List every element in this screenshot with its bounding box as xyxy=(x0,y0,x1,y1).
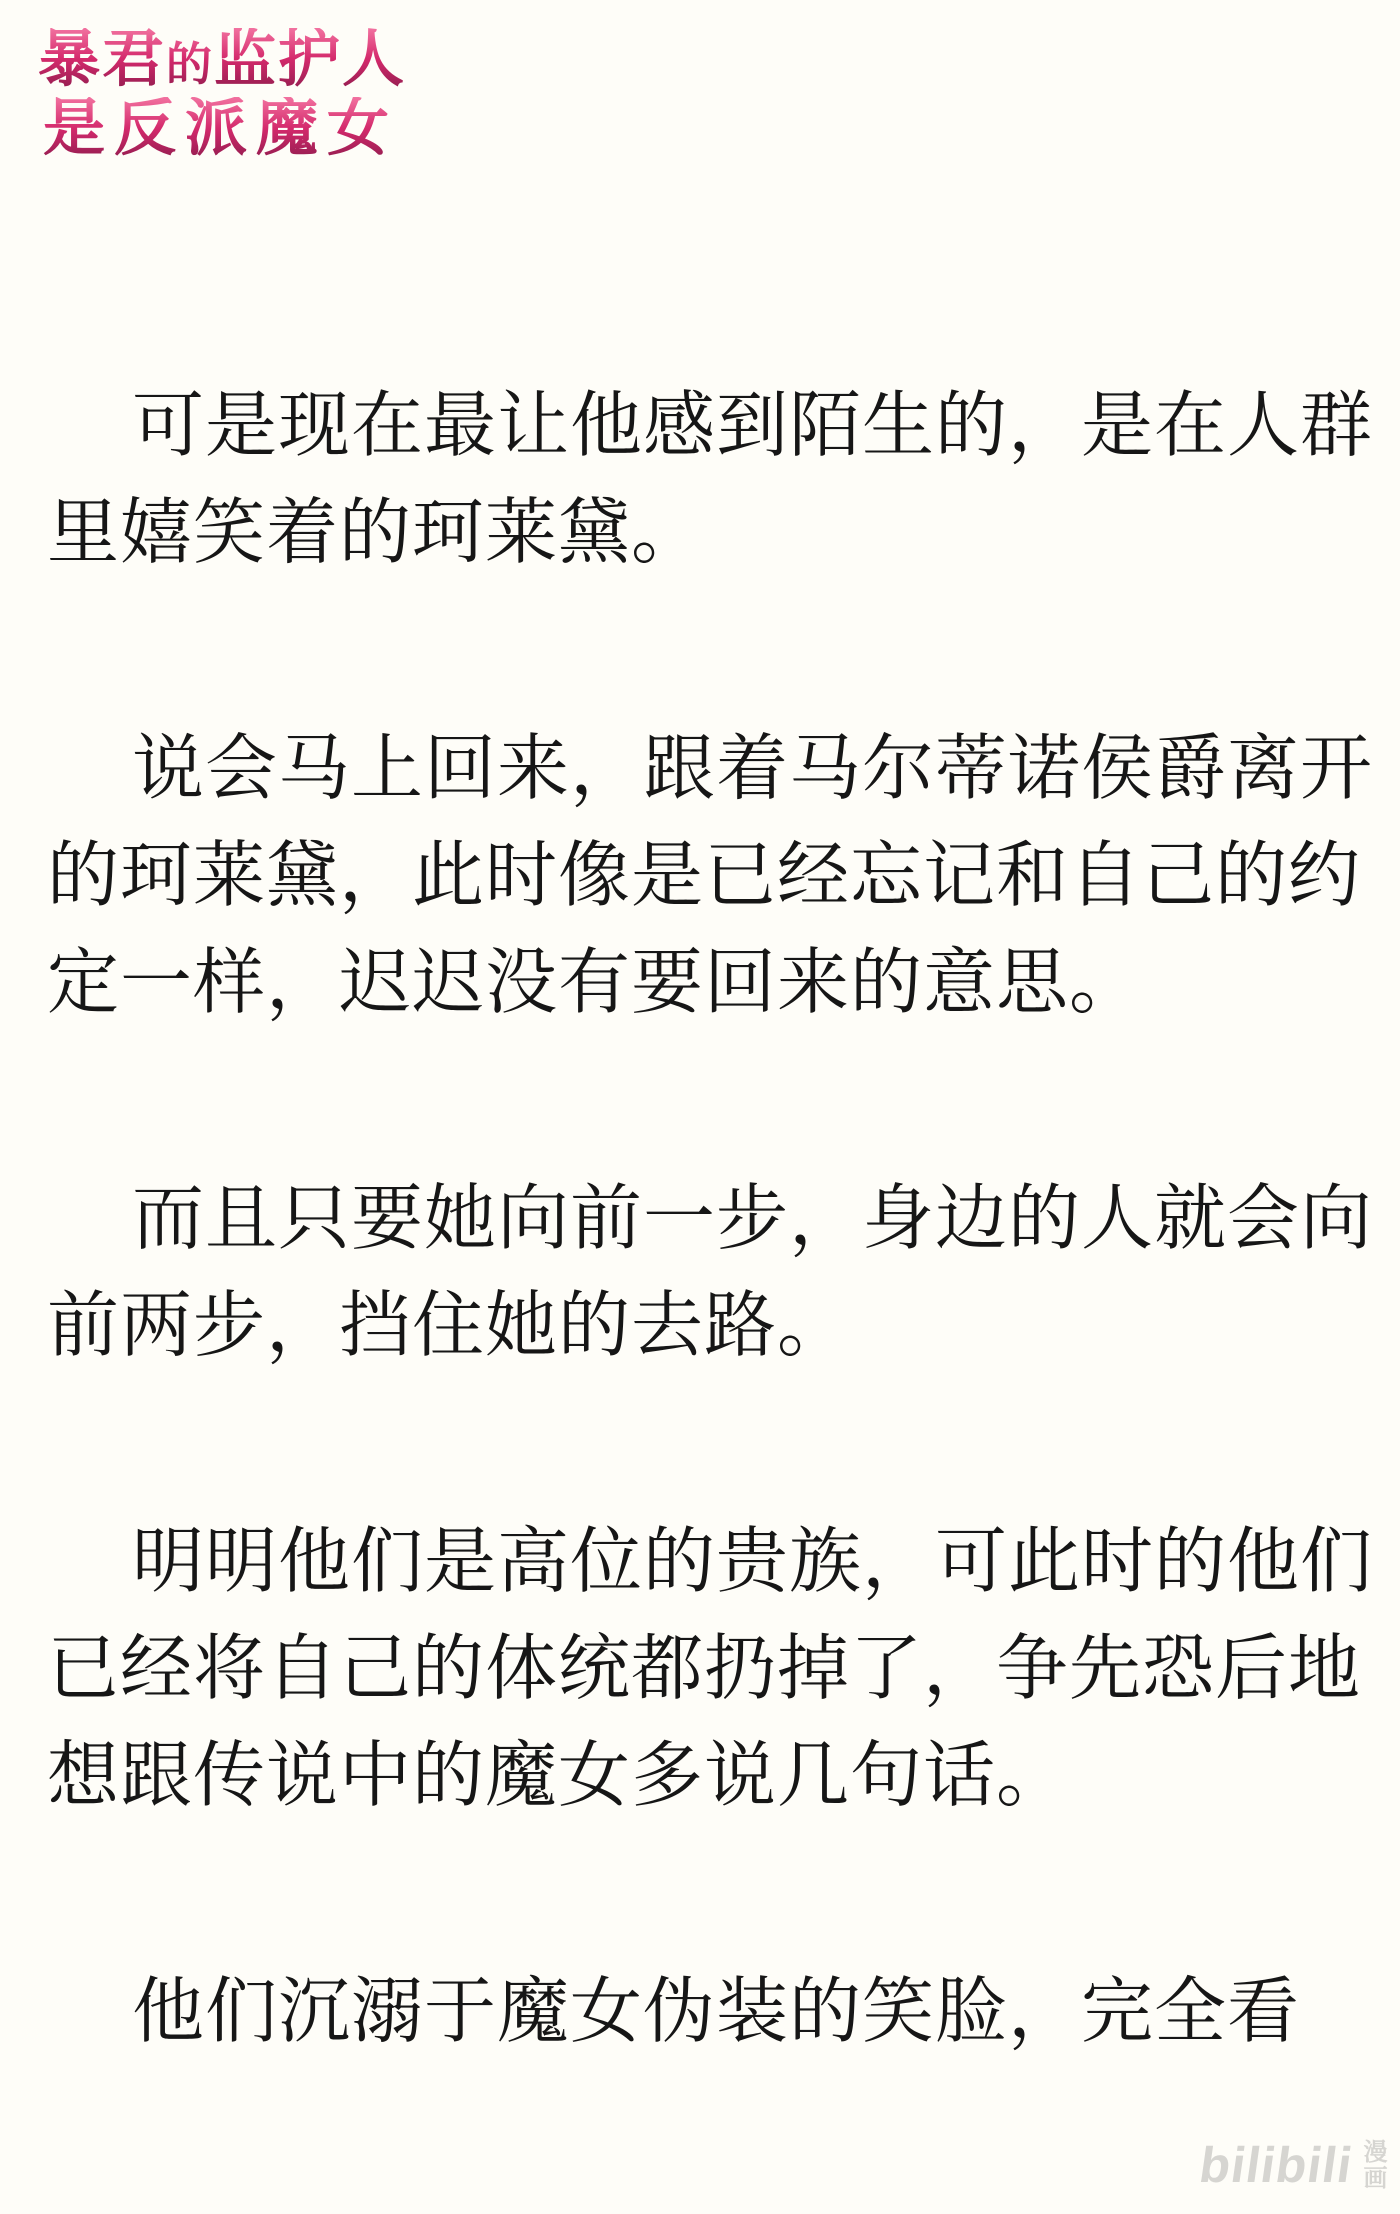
paragraph-4: 明明他们是高位的贵族，可此时的他们已经将自己的体统都扔掉了，争先恐后地想跟传说中… xyxy=(47,1509,1377,1830)
series-logo-line2: 是反派魔女 xyxy=(43,97,406,161)
series-logo-line1: 暴君的监护人 xyxy=(38,28,406,92)
series-logo-line1-particle: 的 xyxy=(166,39,214,90)
series-logo-line1-part2: 监护人 xyxy=(214,26,406,94)
bilibili-manga-label: 漫画 xyxy=(1360,2139,1384,2191)
paragraph-5: 他们沉溺于魔女伪装的笑脸，完全看 xyxy=(47,1959,1377,2066)
series-logo-line1-part1: 暴君 xyxy=(38,26,166,94)
paragraph-1: 可是现在最让他感到陌生的，是在人群里嬉笑着的珂莱黛。 xyxy=(47,373,1377,587)
series-logo: 暴君的监护人 是反派魔女 xyxy=(38,28,406,162)
paragraph-2: 说会马上回来，跟着马尔蒂诺侯爵离开的珂莱黛，此时像是已经忘记和自己的约定一样，迟… xyxy=(47,716,1377,1037)
bilibili-watermark: bilibili 漫画 xyxy=(1200,2136,1384,2194)
bilibili-logo: bilibili xyxy=(1195,2136,1356,2194)
novel-text-body: 可是现在最让他感到陌生的，是在人群里嬉笑着的珂莱黛。 说会马上回来，跟着马尔蒂诺… xyxy=(47,373,1377,2195)
paragraph-3: 而且只要她向前一步，身边的人就会向前两步，挡住她的去路。 xyxy=(47,1166,1377,1380)
